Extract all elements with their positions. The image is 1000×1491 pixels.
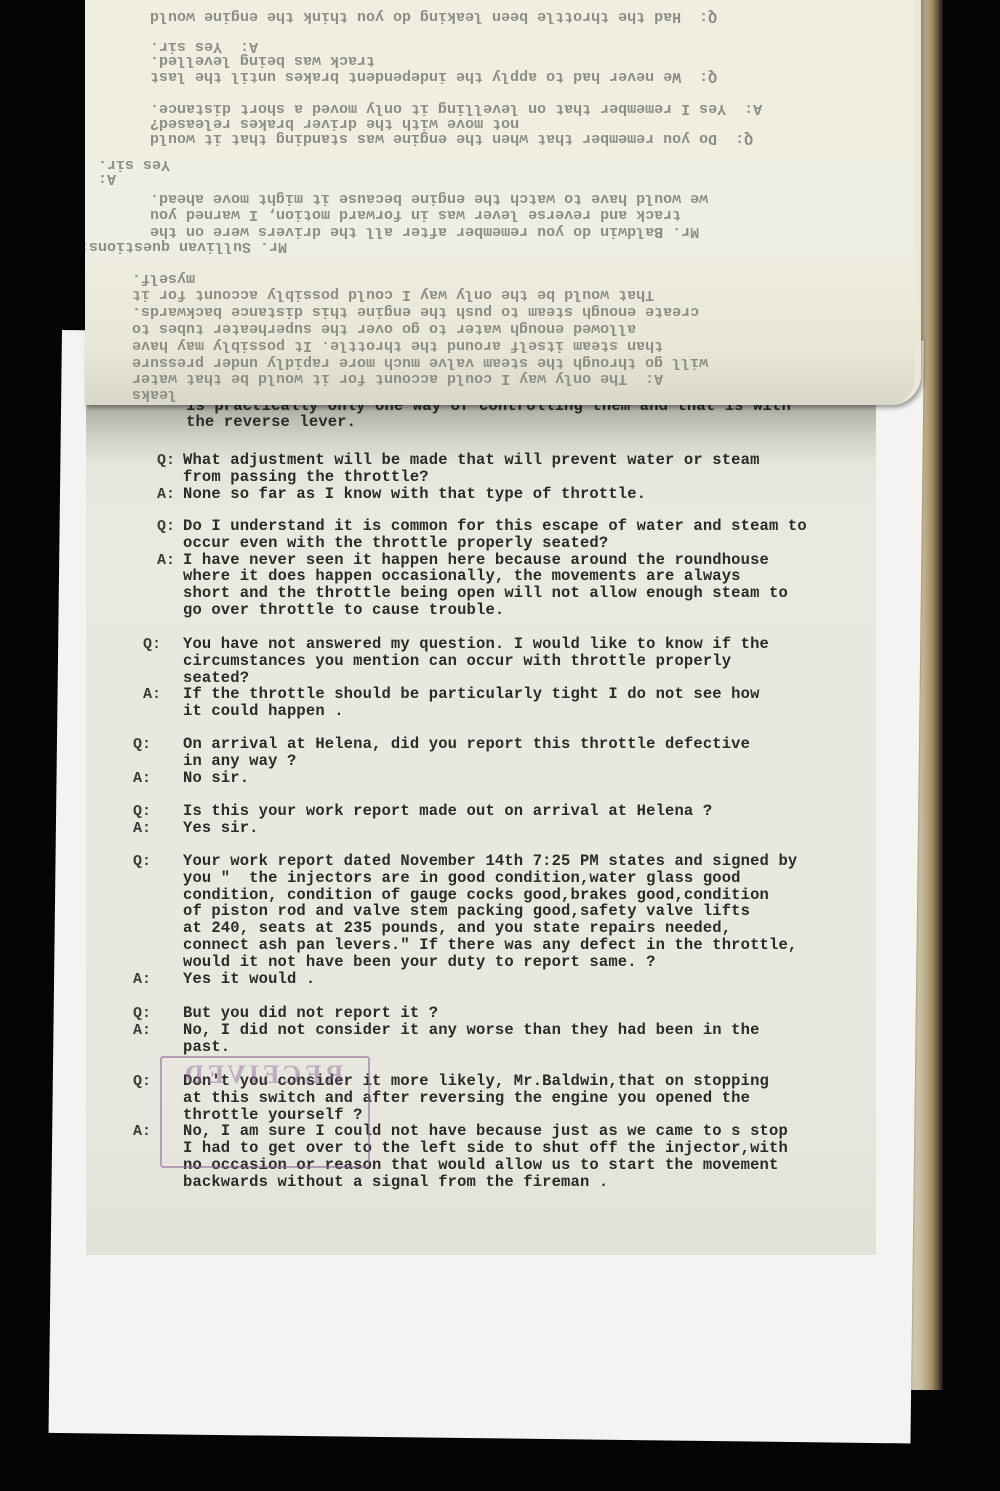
answer-line: Yes it would . [183,971,315,988]
answer-line: None so far as I know with that type of … [183,486,646,503]
answer-label: A: [133,971,151,988]
flipped-line: A: [98,170,116,187]
answer-line: go over throttle to cause trouble. [183,602,504,619]
question-line: condition, condition of gauge cocks good… [183,887,769,904]
answer-label: A: [143,686,161,703]
answer-label: A: [133,820,151,837]
flipped-line: than steam itself around the throttle. I… [132,337,708,354]
answer-label: A: [133,770,151,787]
flipped-line: A: The only way I could account for it w… [132,370,663,387]
answer-line: short and the throttle being open will n… [183,585,788,602]
answer-label: A: [133,1123,151,1140]
question-label: Q: [133,736,151,753]
question-line: But you did not report it ? [183,1005,438,1022]
answer-line: backwards without a signal from the fire… [183,1174,608,1191]
flipped-line: create enough steam to push the engine t… [132,303,744,320]
question-line: you " the injectors are in good conditio… [183,870,741,887]
answer-label: A: [157,486,175,503]
answer-line: No sir. [183,770,249,787]
question-line: circumstances you mention can occur with… [183,653,731,670]
question-line: Your work report dated November 14th 7:2… [183,853,797,870]
question-label: Q: [133,803,151,820]
question-line: On arrival at Helena, did you report thi… [183,736,750,753]
answer-line: No, I did not consider it any worse than… [183,1022,760,1039]
answer-line: past. [183,1039,230,1056]
answer-line: Yes sir. [183,820,259,837]
question-label: Q: [133,853,151,870]
answer-line: it could happen . [183,703,344,720]
question-line: What adjustment will be made that will p… [183,452,760,469]
received-stamp: RECEIVED — — — — [160,1056,370,1168]
question-line: seated? [183,670,249,687]
question-label: Q: [133,1073,151,1090]
flipped-line: allowed enough water to go over the supe… [132,320,681,337]
flipped-line: leaks [132,386,222,403]
question-line: occur even with the throttle properly se… [183,535,608,552]
flipped-page: Q: Had the throttle been leaking do you … [85,0,921,405]
question-line: would it not have been your duty to repo… [183,954,656,971]
flipped-line: That would be the only way I could possi… [132,286,699,303]
question-line: Is this your work report made out on arr… [183,803,712,820]
answer-line: I have never seen it happen here because… [183,552,769,569]
question-line: at 240, seats at 235 pounds, and you sta… [183,920,731,937]
question-line: of piston rod and valve stem packing goo… [183,903,750,920]
flipped-line: track and reverse lever was in forward m… [150,206,726,223]
question-line: Do I understand it is common for this es… [183,518,807,535]
continuation-line: the reverse lever. [186,414,356,431]
flipped-line: myself. [132,270,240,287]
question-line: from passing the throttle? [183,469,429,486]
flipped-line: Q: We never had to apply the independent… [150,68,717,85]
flipped-page-text: Q: Had the throttle been leaking do you … [85,0,915,405]
question-line: in any way ? [183,753,296,770]
question-label: Q: [143,636,161,653]
answer-label: A: [133,1022,151,1039]
flipped-line: track was being levelled. [150,52,420,69]
flipped-line: Q: Had the throttle been leaking do you … [150,8,717,25]
question-line: connect ash pan levers." If there was an… [183,937,797,954]
answer-label: A: [157,552,175,569]
flipped-line: will go through the steam valve much mor… [132,354,753,371]
question-label: Q: [133,1005,151,1022]
stamp-subtext: — — — — [202,1108,250,1119]
flipped-line: we would have to watch the engine becaus… [150,190,753,207]
question-line: You have not answered my question. I wou… [183,636,769,653]
question-label: Q: [157,452,175,469]
answer-line: If the throttle should be particularly t… [183,686,760,703]
answer-line: where it does happen occasionally, the m… [183,568,741,585]
flipped-line: Mr. Sullivan questions: [85,238,287,255]
stamp-text: RECEIVED [182,1060,343,1090]
flipped-line: Q: Do you remember that when the engine … [150,130,753,147]
question-label: Q: [157,518,175,535]
